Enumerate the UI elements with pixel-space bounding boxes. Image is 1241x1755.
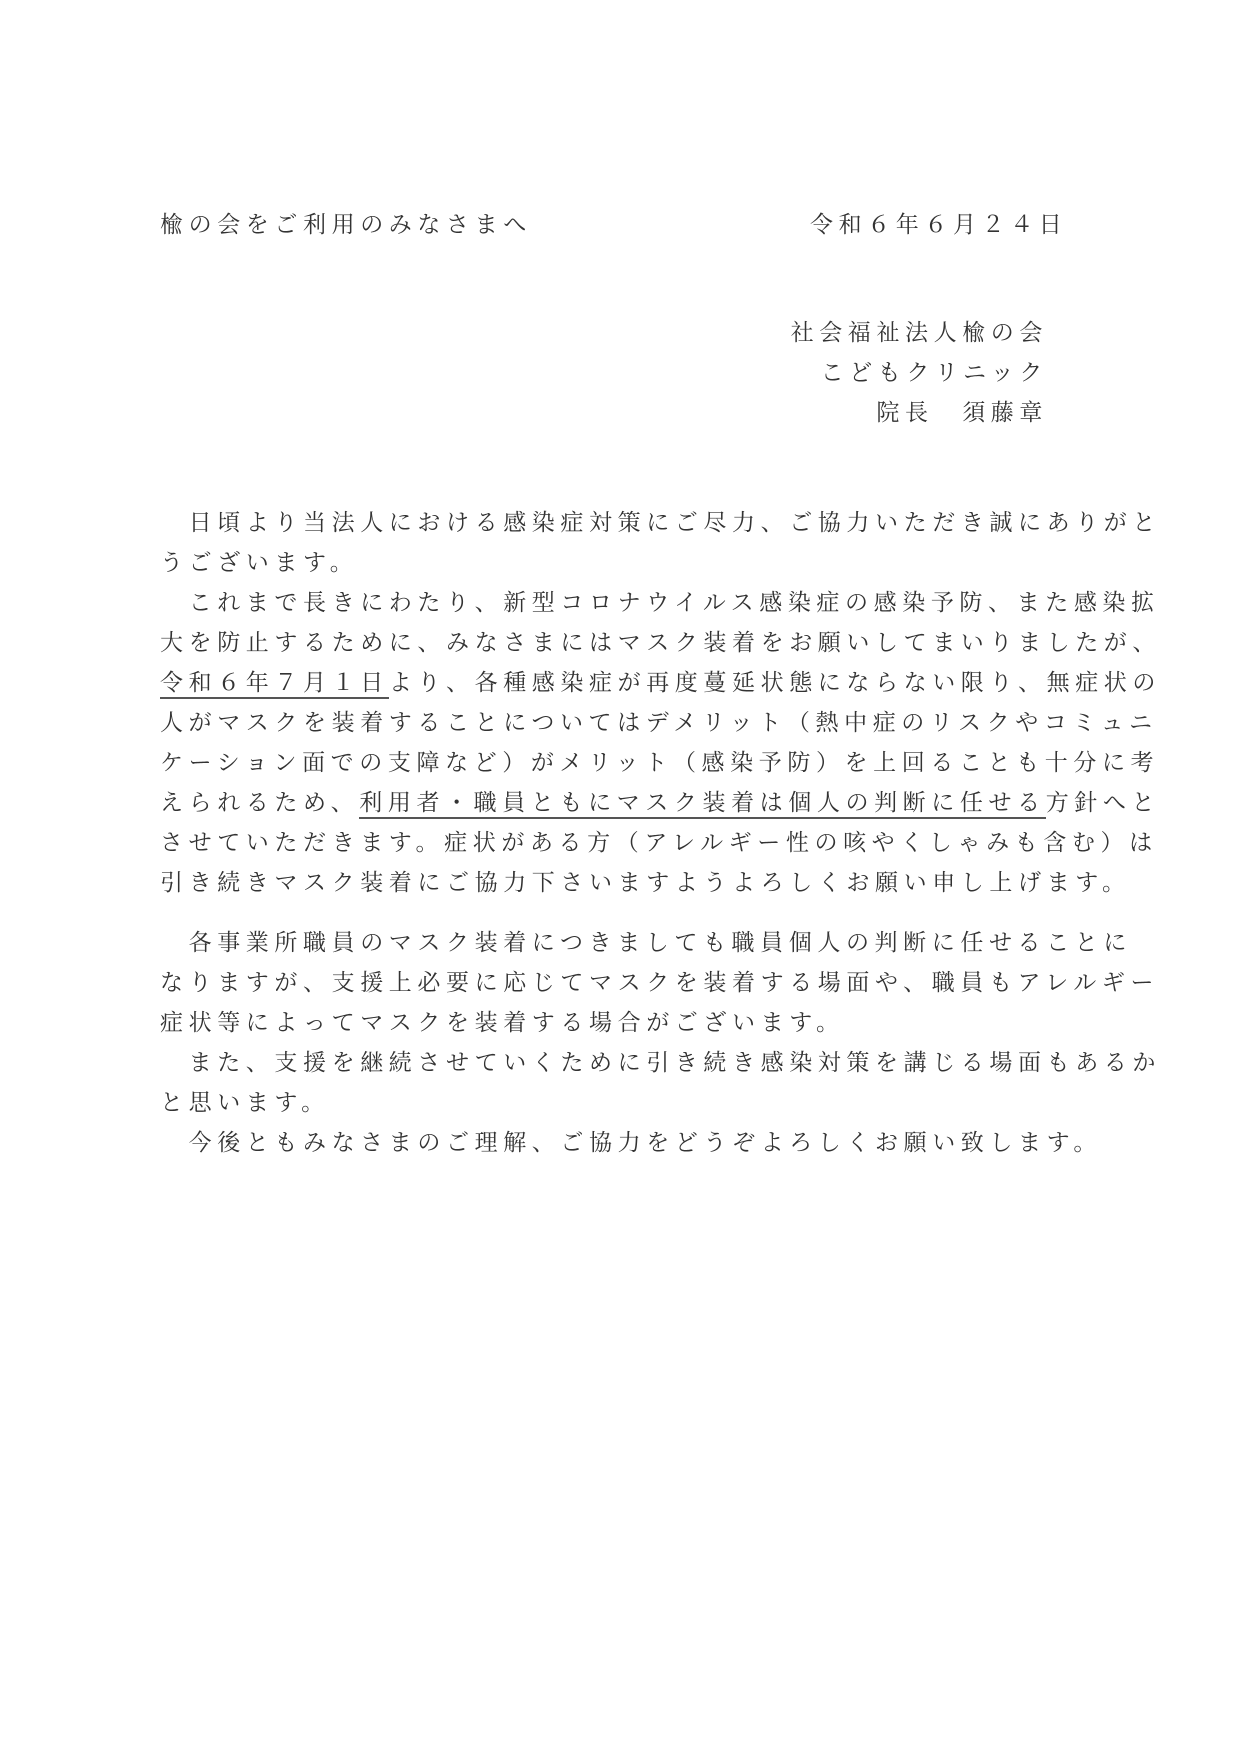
paragraph-3-line-5: と思います。: [160, 1088, 330, 1118]
sender-facility: こどもクリニック: [821, 358, 1048, 388]
paragraph-2-line-6-pre: えられるため、: [160, 790, 359, 816]
paragraph-3-line-2: なりますが、支援上必要に応じてマスクを装着する場面や、職員もアレルギー: [160, 968, 1159, 998]
paragraph-2-line-8: 引き続きマスク装着にご協力下さいますようよろしくお願い申し上げます。: [160, 868, 1131, 898]
sender-organization: 社会福祉法人楡の会: [791, 318, 1048, 348]
paragraph-1-line-2: うございます。: [160, 548, 358, 578]
addressee: 楡の会をご利用のみなさまへ: [160, 210, 532, 240]
paragraph-2-line-6-post: 方針へと: [1046, 790, 1160, 816]
document-page: 楡の会をご利用のみなさまへ 令和６年６月２４日 社会福祉法人楡の会 こどもクリニ…: [0, 0, 1241, 1755]
paragraph-2-line-3: 令和６年７月１日より、各種感染症が再度蔓延状態にならない限り、無症状の: [160, 668, 1161, 698]
paragraph-3-line-1: 各事業所職員のマスク装着につきましても職員個人の判断に任せることに: [160, 928, 1132, 958]
paragraph-2-line-2: 大を防止するために、みなさまにはマスク装着をお願いしてまいりましたが、: [160, 628, 1161, 658]
effective-date-underlined: 令和６年７月１日: [160, 670, 389, 699]
paragraph-2-line-4: 人がマスクを装着することについてはデメリット（熱中症のリスクやコミュニ: [160, 708, 1158, 738]
paragraph-3-line-6: 今後ともみなさまのご理解、ご協力をどうぞよろしくお願い致します。: [160, 1128, 1102, 1158]
paragraph-3-line-4: また、支援を継続させていくために引き続き感染対策を講じる場面もあるか: [160, 1048, 1161, 1078]
letter-date: 令和６年６月２４日: [810, 210, 1067, 240]
policy-statement-underlined: 利用者・職員ともにマスク装着は個人の判断に任せる: [359, 790, 1045, 819]
paragraph-2-line-1: これまで長きにわたり、新型コロナウイルス感染症の感染予防、また感染拡: [160, 588, 1160, 618]
paragraph-2-line-7: させていただきます。症状がある方（アレルギー性の咳やくしゃみも含む）は: [160, 828, 1158, 858]
sender-signatory: 院長 須藤章: [876, 398, 1048, 428]
paragraph-2-line-3-rest: より、各種感染症が再度蔓延状態にならない限り、無症状の: [389, 670, 1161, 696]
paragraph-2-line-6: えられるため、利用者・職員ともにマスク装着は個人の判断に任せる方針へと: [160, 788, 1160, 818]
paragraph-2-line-5: ケーション面での支障など）がメリット（感染予防）を上回ることも十分に考: [160, 748, 1159, 778]
paragraph-1-line-1: 日頃より当法人における感染症対策にご尽力、ご協力いただき誠にありがと: [160, 508, 1161, 538]
paragraph-3-line-3: 症状等によってマスクを装着する場合がございます。: [160, 1008, 845, 1038]
